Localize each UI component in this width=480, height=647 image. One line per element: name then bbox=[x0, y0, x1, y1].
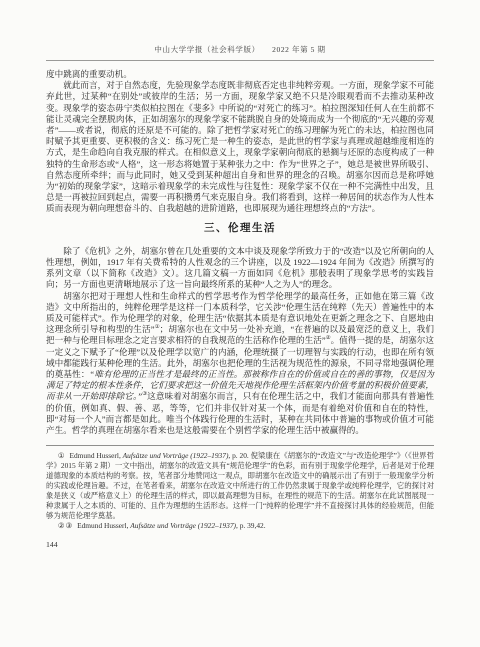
article-body: 度中跳离的重要动机。 就此而言，对于自然态度，先验现象学态度既非彻底否定也非纯粹… bbox=[46, 69, 434, 436]
footnote-2-author: Edmund Husserl, bbox=[77, 521, 130, 530]
section-heading: 三、伦理生活 bbox=[46, 223, 434, 234]
footnote-1: ①Edmund Husserl, Aufsätze und Vorträge (… bbox=[46, 451, 434, 520]
footnote-1-book-title: Aufsätze und Vorträge (1922–1937) bbox=[123, 451, 229, 460]
footnote-2: ②③Edmund Husserl, Aufsätze und Vorträge … bbox=[46, 521, 434, 531]
footnote-1-author: Edmund Husserl, bbox=[69, 451, 122, 460]
page-number: 144 bbox=[46, 540, 434, 549]
header-rule bbox=[46, 60, 434, 61]
footnote-2-mark: ②③ bbox=[58, 521, 73, 530]
journal-page: 中山大学学报（社会科学版） 2022 年第 5 期 度中跳离的重要动机。 就此而… bbox=[0, 0, 480, 647]
paragraph-ethical-life: 胡塞尔把对于理想人性和生命样式的哲学思考作为哲学伦理学的最高任务，正如他在第三篇… bbox=[46, 291, 434, 437]
footnote-1-text: , p. 20. 倪梁康在《胡塞尔的“改造文”与“改造伦理学”》（《世界哲学》2… bbox=[46, 451, 434, 519]
paragraph-kaizo-texts: 除了《危机》之外，胡塞尔曾在几处重要的文本中谈及现象学所致力于的“改造”以及它所… bbox=[46, 246, 434, 291]
footnote-2-book-title: Aufsätze und Vorträge (1922–1937) bbox=[130, 521, 236, 530]
footnote-2-text: , p. 39,42. bbox=[236, 521, 266, 530]
footnote-1-mark: ① bbox=[58, 451, 66, 460]
paragraph-continuation: 度中跳离的重要动机。 bbox=[46, 69, 434, 80]
running-header: 中山大学学报（社会科学版） 2022 年第 5 期 bbox=[46, 44, 434, 55]
footnotes-section: ①Edmund Husserl, Aufsätze und Vorträge (… bbox=[46, 445, 434, 530]
paragraph-phenomenological-attitude: 就此而言，对于自然态度，先验现象学态度既非彻底否定也非纯粹旁观。一方面，现象学家… bbox=[46, 80, 434, 214]
